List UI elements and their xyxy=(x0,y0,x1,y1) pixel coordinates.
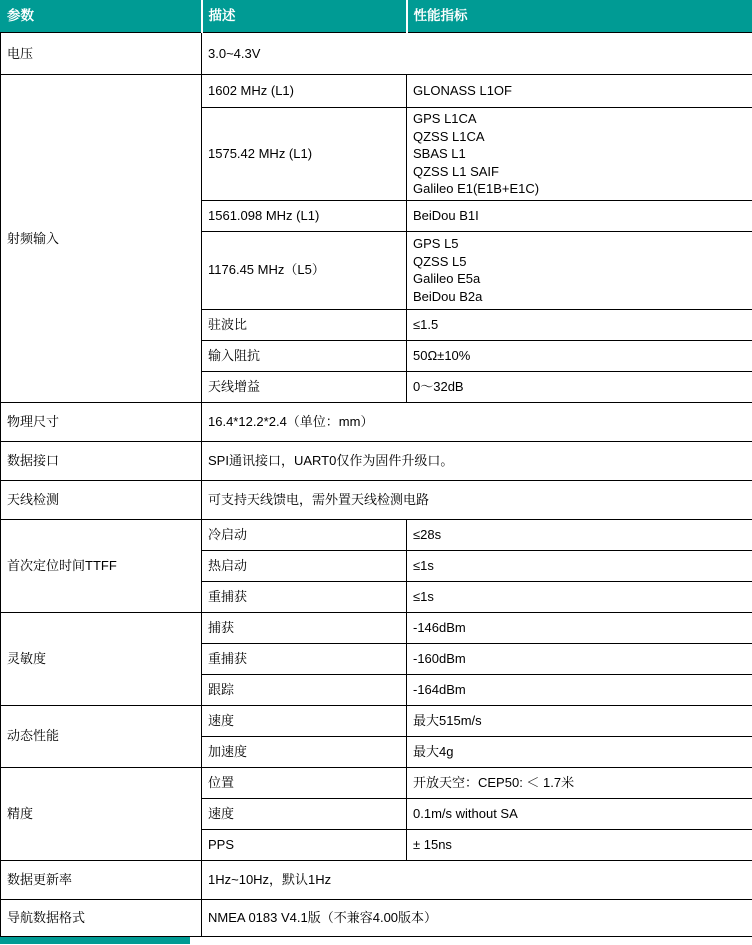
desc-cell-acc-1: 速度 xyxy=(202,798,407,829)
desc-cell-rf-1: 1575.42 MHz (L1) xyxy=(202,108,407,201)
desc-cell-ttff-1: 热启动 xyxy=(202,550,407,581)
spec-cell-acc-1: 0.1m/s without SA xyxy=(407,798,752,829)
value-cell-antenna-detect: 可支持天线馈电，需外置天线检测电路 xyxy=(202,480,752,519)
desc-cell-dyn-0: 速度 xyxy=(202,705,407,736)
table-row: 数据更新率 1Hz~10Hz，默认1Hz xyxy=(1,860,752,899)
value-cell-physical-size: 16.4*12.2*2.4（单位：mm） xyxy=(202,402,752,441)
param-cell-update-rate: 数据更新率 xyxy=(1,860,202,899)
desc-cell-rf-3: 1176.45 MHz（L5） xyxy=(202,231,407,309)
spec-cell-dyn-0: 最大515m/s xyxy=(407,705,752,736)
spec-cell-sens-1: -160dBm xyxy=(407,643,752,674)
value-cell-voltage: 3.0~4.3V xyxy=(202,33,752,75)
table-row: 电压 3.0~4.3V xyxy=(1,33,752,75)
param-cell-voltage: 电压 xyxy=(1,33,202,75)
desc-cell-rf-2: 1561.098 MHz (L1) xyxy=(202,200,407,231)
table-row: 导航数据格式 NMEA 0183 V4.1版（不兼容4.00版本） xyxy=(1,899,752,936)
spec-cell-rf-1: GPS L1CA QZSS L1CA SBAS L1 QZSS L1 SAIF … xyxy=(407,108,752,201)
spec-cell-rf-3: GPS L5 QZSS L5 Galileo E5a BeiDou B2a xyxy=(407,231,752,309)
param-cell-nav-format: 导航数据格式 xyxy=(1,899,202,936)
param-cell-ttff: 首次定位时间TTFF xyxy=(1,519,202,612)
value-cell-nav-format: NMEA 0183 V4.1版（不兼容4.00版本） xyxy=(202,899,752,936)
spec-cell-acc-2: ± 15ns xyxy=(407,829,752,860)
spec-cell-ttff-2: ≤1s xyxy=(407,581,752,612)
spec-table: 参数 描述 性能指标 电压 3.0~4.3V 射频输入 1602 MHz (L1… xyxy=(0,0,752,937)
param-cell-data-interface: 数据接口 xyxy=(1,441,202,480)
spec-cell-acc-0: 开放天空：CEP50: ＜ 1.7米 xyxy=(407,767,752,798)
spec-cell-sens-0: -146dBm xyxy=(407,612,752,643)
spec-cell-rf-6: 0～32dB xyxy=(407,371,752,402)
col-header-spec: 性能指标 xyxy=(407,1,752,33)
desc-cell-ttff-2: 重捕获 xyxy=(202,581,407,612)
table-row: 精度 位置 开放天空：CEP50: ＜ 1.7米 xyxy=(1,767,752,798)
desc-cell-sens-0: 捕获 xyxy=(202,612,407,643)
desc-cell-sens-2: 跟踪 xyxy=(202,674,407,705)
table-row: 动态性能 速度 最大515m/s xyxy=(1,705,752,736)
table-row: 物理尺寸 16.4*12.2*2.4（单位：mm） xyxy=(1,402,752,441)
desc-cell-rf-0: 1602 MHz (L1) xyxy=(202,75,407,108)
param-cell-dynamics: 动态性能 xyxy=(1,705,202,767)
desc-cell-ttff-0: 冷启动 xyxy=(202,519,407,550)
spec-cell-rf-2: BeiDou B1I xyxy=(407,200,752,231)
desc-cell-dyn-1: 加速度 xyxy=(202,736,407,767)
table-row: 天线检测 可支持天线馈电，需外置天线检测电路 xyxy=(1,480,752,519)
desc-cell-rf-4: 驻波比 xyxy=(202,309,407,340)
value-cell-update-rate: 1Hz~10Hz，默认1Hz xyxy=(202,860,752,899)
table-row: 首次定位时间TTFF 冷启动 ≤28s xyxy=(1,519,752,550)
spec-cell-rf-4: ≤1.5 xyxy=(407,309,752,340)
spec-cell-ttff-1: ≤1s xyxy=(407,550,752,581)
param-cell-physical-size: 物理尺寸 xyxy=(1,402,202,441)
next-header-row-fragment xyxy=(0,937,190,944)
table-row: 数据接口 SPI通讯接口，UART0仅作为固件升级口。 xyxy=(1,441,752,480)
value-cell-data-interface: SPI通讯接口，UART0仅作为固件升级口。 xyxy=(202,441,752,480)
desc-cell-rf-6: 天线增益 xyxy=(202,371,407,402)
col-header-param: 参数 xyxy=(1,1,202,33)
table-row: 灵敏度 捕获 -146dBm xyxy=(1,612,752,643)
desc-cell-rf-5: 输入阻抗 xyxy=(202,340,407,371)
table-row: 射频输入 1602 MHz (L1) GLONASS L1OF xyxy=(1,75,752,108)
col-header-desc: 描述 xyxy=(202,1,407,33)
spec-cell-dyn-1: 最大4g xyxy=(407,736,752,767)
header-row: 参数 描述 性能指标 xyxy=(1,1,752,33)
param-cell-rf-input: 射频输入 xyxy=(1,75,202,403)
spec-cell-rf-0: GLONASS L1OF xyxy=(407,75,752,108)
spec-cell-rf-5: 50Ω±10% xyxy=(407,340,752,371)
desc-cell-acc-2: PPS xyxy=(202,829,407,860)
param-cell-antenna-detect: 天线检测 xyxy=(1,480,202,519)
param-cell-sensitivity: 灵敏度 xyxy=(1,612,202,705)
spec-cell-ttff-0: ≤28s xyxy=(407,519,752,550)
desc-cell-acc-0: 位置 xyxy=(202,767,407,798)
spec-cell-sens-2: -164dBm xyxy=(407,674,752,705)
desc-cell-sens-1: 重捕获 xyxy=(202,643,407,674)
param-cell-accuracy: 精度 xyxy=(1,767,202,860)
